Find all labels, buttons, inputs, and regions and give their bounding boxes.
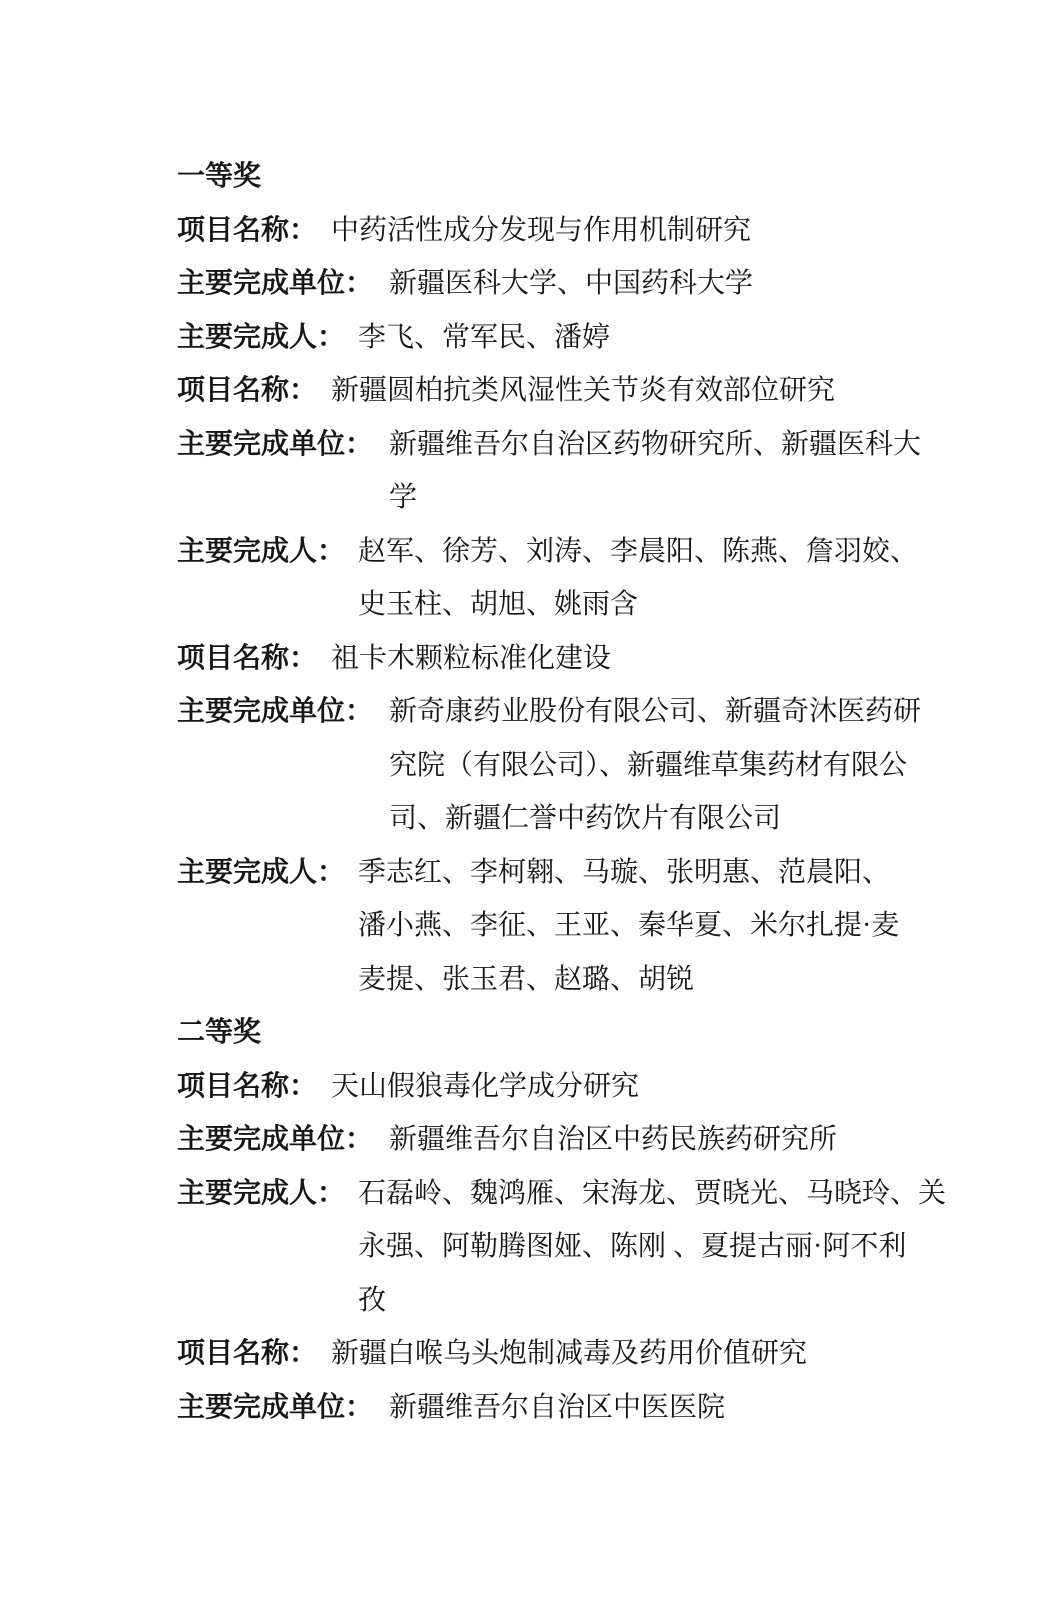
field-unit: 主要完成单位：新疆维吾尔自治区药物研究所、新疆医科大 学: [177, 418, 1037, 525]
field-value: 新疆圆柏抗类风湿性关节炎有效部位研究: [331, 375, 835, 406]
award-heading: 二等奖: [177, 1006, 1037, 1060]
field-label: 主要完成单位：: [177, 418, 389, 472]
field-value: 中药活性成分发现与作用机制研究: [331, 215, 751, 246]
field-label: 项目名称：: [177, 632, 331, 686]
field-name: 项目名称：新疆圆柏抗类风湿性关节炎有效部位研究: [177, 364, 1037, 418]
field-unit: 主要完成单位：新疆维吾尔自治区中药民族药研究所: [177, 1113, 1037, 1167]
field-label: 项目名称：: [177, 1060, 331, 1114]
field-name: 项目名称：祖卡木颗粒标准化建设: [177, 632, 1037, 686]
field-label: 主要完成单位：: [177, 685, 389, 739]
award-heading-text: 二等奖: [177, 1017, 261, 1048]
field-label: 项目名称：: [177, 204, 331, 258]
field-unit: 主要完成单位：新奇康药业股份有限公司、新疆奇沐医药研 究院（有限公司）、新疆维草…: [177, 685, 1037, 846]
field-people: 主要完成人：石磊岭、魏鸿雁、宋海龙、贾晓光、马晓玲、关 永强、阿勒腾图娅、陈刚 …: [177, 1167, 1037, 1328]
field-label: 项目名称：: [177, 364, 331, 418]
field-value: 李飞、常军民、潘婷: [358, 322, 610, 353]
field-label: 主要完成人：: [177, 311, 358, 365]
field-name: 项目名称：新疆白喉乌头炮制减毒及药用价值研究: [177, 1327, 1037, 1381]
field-label: 主要完成人：: [177, 1167, 358, 1221]
field-people: 主要完成人：李飞、常军民、潘婷: [177, 311, 1037, 365]
field-value: 新疆维吾尔自治区药物研究所、新疆医科大 学: [389, 429, 921, 514]
document: 一等奖项目名称：中药活性成分发现与作用机制研究主要完成单位：新疆医科大学、中国药…: [177, 150, 1037, 1434]
field-people: 主要完成人：赵军、徐芳、刘涛、李晨阳、陈燕、詹羽姣、 史玉柱、胡旭、姚雨含: [177, 525, 1037, 632]
field-label: 主要完成单位：: [177, 1381, 389, 1435]
document-page: 一等奖项目名称：中药活性成分发现与作用机制研究主要完成单位：新疆医科大学、中国药…: [0, 0, 1046, 1600]
field-label: 主要完成单位：: [177, 1113, 389, 1167]
field-value: 新疆维吾尔自治区中药民族药研究所: [389, 1124, 837, 1155]
field-value: 赵军、徐芳、刘涛、李晨阳、陈燕、詹羽姣、 史玉柱、胡旭、姚雨含: [358, 536, 918, 621]
field-value: 祖卡木颗粒标准化建设: [331, 643, 611, 674]
field-name: 项目名称：中药活性成分发现与作用机制研究: [177, 204, 1037, 258]
field-value: 季志红、李柯翱、马璇、张明惠、范晨阳、 潘小燕、李征、王亚、秦华夏、米尔扎提·麦…: [358, 857, 899, 995]
field-value: 石磊岭、魏鸿雁、宋海龙、贾晓光、马晓玲、关 永强、阿勒腾图娅、陈刚 、夏提古丽·…: [358, 1178, 946, 1316]
award-heading-text: 一等奖: [177, 161, 261, 192]
field-value: 新疆维吾尔自治区中医医院: [389, 1392, 725, 1423]
field-label: 项目名称：: [177, 1327, 331, 1381]
field-value: 天山假狼毒化学成分研究: [331, 1071, 639, 1102]
field-value: 新奇康药业股份有限公司、新疆奇沐医药研 究院（有限公司）、新疆维草集药材有限公 …: [389, 696, 921, 834]
award-heading: 一等奖: [177, 150, 1037, 204]
field-people: 主要完成人：季志红、李柯翱、马璇、张明惠、范晨阳、 潘小燕、李征、王亚、秦华夏、…: [177, 846, 1037, 1007]
field-value: 新疆白喉乌头炮制减毒及药用价值研究: [331, 1338, 807, 1369]
field-name: 项目名称：天山假狼毒化学成分研究: [177, 1060, 1037, 1114]
field-value: 新疆医科大学、中国药科大学: [389, 268, 753, 299]
field-unit: 主要完成单位：新疆医科大学、中国药科大学: [177, 257, 1037, 311]
field-label: 主要完成人：: [177, 525, 358, 579]
field-label: 主要完成单位：: [177, 257, 389, 311]
field-unit: 主要完成单位：新疆维吾尔自治区中医医院: [177, 1381, 1037, 1435]
field-label: 主要完成人：: [177, 846, 358, 900]
